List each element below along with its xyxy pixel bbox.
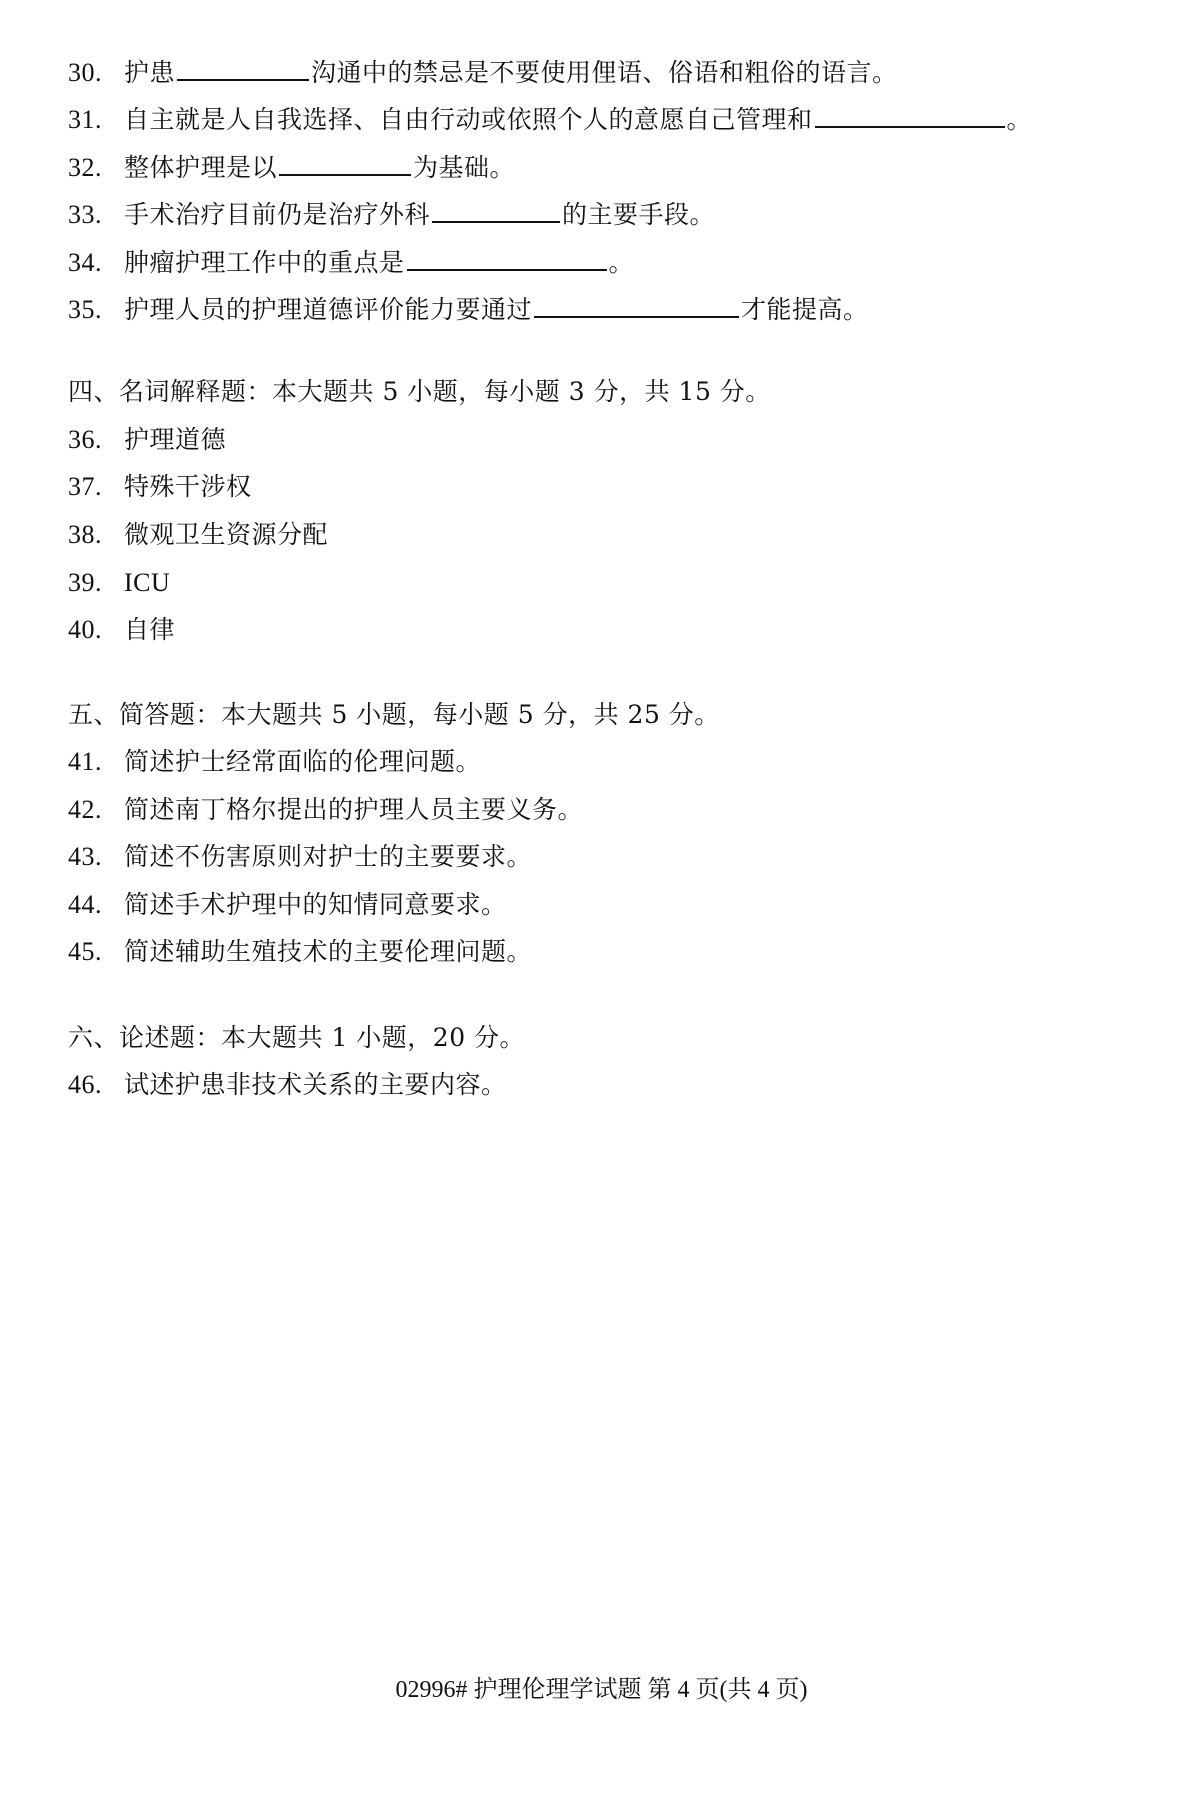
answer-blank [534,290,739,318]
question-number: 46. [68,1068,124,1102]
answer-blank [177,53,309,81]
question-46: 46.试述护患非技术关系的主要内容。 [68,1068,507,1102]
question-text: 简述护士经常面临的伦理问题。 [124,747,481,776]
question-text-after: 为基础。 [413,153,515,182]
question-number: 40. [68,613,124,647]
answer-blank [279,148,411,176]
question-32: 32.整体护理是以为基础。 [68,148,515,185]
question-number: 31. [68,103,124,137]
question-38: 38.微观卫生资源分配 [68,518,328,552]
question-number: 33. [68,198,124,232]
question-40: 40.自律 [68,613,175,647]
answer-blank [432,195,560,223]
question-number: 41. [68,745,124,779]
question-number: 30. [68,56,124,90]
question-44: 44.简述手术护理中的知情同意要求。 [68,888,507,922]
question-35: 35.护理人员的护理道德评价能力要通过才能提高。 [68,290,869,327]
question-text-after: 才能提高。 [741,295,869,324]
question-34: 34.肿瘤护理工作中的重点是。 [68,243,634,280]
question-number: 38. [68,518,124,552]
section-5-title: 五、简答题：本大题共 5 小题，每小题 5 分，共 25 分。 [68,698,720,732]
question-text-before: 护理人员的护理道德评价能力要通过 [124,295,532,324]
question-text: 简述南丁格尔提出的护理人员主要义务。 [124,795,583,824]
question-45: 45.简述辅助生殖技术的主要伦理问题。 [68,935,532,969]
question-text: 简述不伤害原则对护士的主要要求。 [124,842,532,871]
question-number: 34. [68,246,124,280]
answer-blank [407,243,607,271]
question-43: 43.简述不伤害原则对护士的主要要求。 [68,840,532,874]
question-text-before: 手术治疗目前仍是治疗外科 [124,200,430,229]
question-text: 微观卫生资源分配 [124,520,328,549]
question-number: 36. [68,423,124,457]
question-text-after: 。 [609,248,635,277]
question-41: 41.简述护士经常面临的伦理问题。 [68,745,481,779]
section-4-title: 四、名词解释题：本大题共 5 小题，每小题 3 分，共 15 分。 [68,375,771,409]
question-31: 31.自主就是人自我选择、自由行动或依照个人的意愿自己管理和。 [68,100,1032,137]
question-number: 37. [68,470,124,504]
question-number: 45. [68,935,124,969]
question-text: ICU [124,568,170,597]
question-text-before: 整体护理是以 [124,153,277,182]
question-number: 32. [68,151,124,185]
question-text: 简述辅助生殖技术的主要伦理问题。 [124,937,532,966]
section-6-title: 六、论述题：本大题共 1 小题，20 分。 [68,1021,525,1055]
question-text-after: 沟通中的禁忌是不要使用俚语、俗语和粗俗的语言。 [311,58,898,87]
answer-blank [815,100,1005,128]
question-number: 39. [68,566,124,600]
question-36: 36.护理道德 [68,423,226,457]
question-37: 37.特殊干涉权 [68,470,252,504]
question-number: 43. [68,840,124,874]
question-text-after: 的主要手段。 [562,200,715,229]
question-number: 35. [68,293,124,327]
page-footer: 02996# 护理伦理学试题 第 4 页(共 4 页) [0,1673,1203,1707]
question-text: 简述手术护理中的知情同意要求。 [124,890,507,919]
question-42: 42.简述南丁格尔提出的护理人员主要义务。 [68,793,583,827]
question-text: 特殊干涉权 [124,472,252,501]
question-number: 42. [68,793,124,827]
question-text: 护理道德 [124,425,226,454]
question-text-before: 护患 [124,58,175,87]
question-text-after: 。 [1007,105,1033,134]
question-39: 39.ICU [68,566,170,600]
question-number: 44. [68,888,124,922]
question-33: 33.手术治疗目前仍是治疗外科的主要手段。 [68,195,715,232]
question-30: 30.护患沟通中的禁忌是不要使用俚语、俗语和粗俗的语言。 [68,53,898,90]
question-text: 自律 [124,615,175,644]
question-text-before: 肿瘤护理工作中的重点是 [124,248,405,277]
question-text-before: 自主就是人自我选择、自由行动或依照个人的意愿自己管理和 [124,105,813,134]
question-text: 试述护患非技术关系的主要内容。 [124,1070,507,1099]
